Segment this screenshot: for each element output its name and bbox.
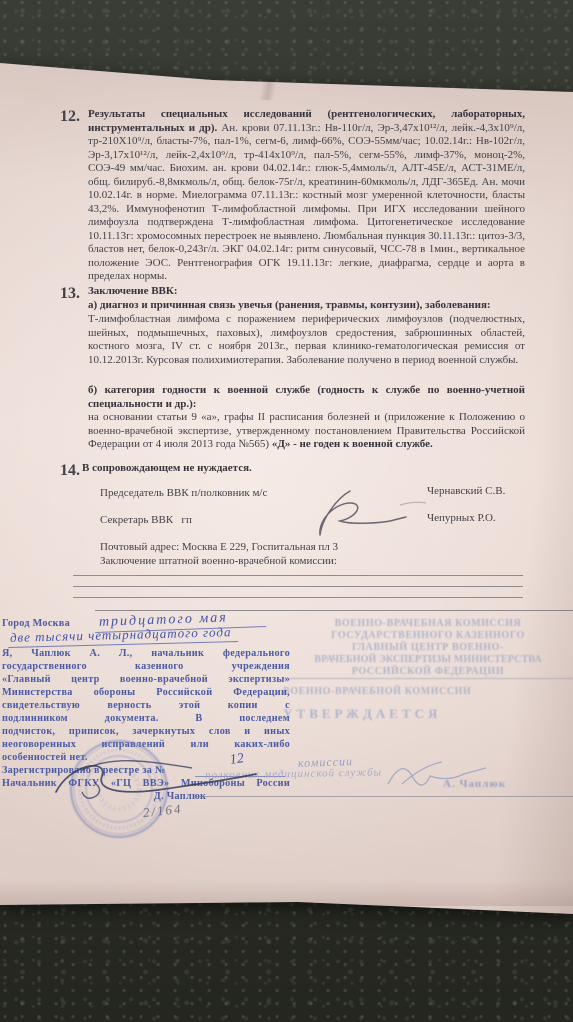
- item-number: 14.: [60, 462, 82, 480]
- fitness-text: на основании статьи 9 «а», графы II расп…: [88, 411, 525, 452]
- paper-shadow-wrap: 12. Результаты специальных исследований …: [0, 0, 573, 1022]
- conclusion-title: Заключение ВВК:: [88, 285, 178, 297]
- faded-commission-line: ВОЕННО-ВРАЧЕБНОЙ КОМИССИИ: [283, 686, 573, 697]
- conclusion-label: Заключение штатной военно-врачебной коми…: [100, 555, 337, 567]
- faded-commission-stamp: ВОЕННО-ВРАЧЕБНАЯ КОМИССИЯ ГОСУДАРСТВЕННО…: [283, 616, 573, 736]
- escort-text: В сопровождающем не нуждается.: [82, 462, 252, 474]
- chairman-name: Чернавский С.В.: [427, 485, 505, 497]
- results-paragraph: Результаты специальных исследований (рен…: [88, 108, 525, 284]
- faded-stamp-line: ГОСУДАРСТВЕННОГО КАЗЕННОГО: [283, 630, 573, 641]
- paper-crease: [180, 60, 360, 100]
- faded-signature: [380, 752, 500, 797]
- chairman-label: Председатель ВВК п/полковник м/с: [100, 487, 267, 499]
- ruled-line: [95, 610, 573, 611]
- paper-crease: [0, 880, 573, 906]
- diagnosis-text: Т-лимфобластная лимфома с поражением пер…: [88, 313, 525, 367]
- stamp-line: Я, Чаплюк А. Л., начальник федерального: [2, 648, 290, 659]
- postal-address: Почтовый адрес: Москва Е 229, Госпитальн…: [100, 541, 338, 553]
- stamp-line: подчисток, приписок, зачеркнутых слов и …: [2, 726, 290, 737]
- item-number: 13.: [60, 285, 88, 303]
- city-label: Город Москва: [2, 618, 70, 629]
- section-results: 12. Результаты специальных исследований …: [60, 108, 525, 284]
- stamp-line: Министерства обороны Российской Федераци…: [2, 687, 290, 698]
- item-number: 12.: [60, 108, 88, 284]
- stamp-line: подлинником документа. В последнем: [2, 713, 290, 724]
- fitness-heading: б) категория годности к военной службе (…: [88, 384, 525, 411]
- faded-approve-line: УТВЕРЖДАЕТСЯ: [283, 706, 573, 722]
- ruled-line: [73, 597, 523, 598]
- chief-ink-signature: [42, 752, 272, 807]
- stamp-line: «Главный центр военно-врачебной эксперти…: [2, 674, 290, 685]
- faded-stamp-line: ВОЕННО-ВРАЧЕБНАЯ КОМИССИЯ: [283, 618, 573, 629]
- faded-stamp-line: ВРАЧЕБНОЙ ЭКСПЕРТИЗЫ МИНИСТЕРСТВА: [283, 654, 573, 665]
- secretary-signature: [288, 485, 438, 545]
- ruled-line: [73, 586, 523, 587]
- diagnosis-heading: а) диагноз и причинная связь увечья (ран…: [88, 299, 525, 313]
- faded-stamp-line: ГЛАВНЫЙ ЦЕНТР ВОЕННО-: [283, 642, 573, 653]
- stamp-line: свидетельствую верность этой копии с: [2, 700, 290, 711]
- photo-scene: 12. Результаты специальных исследований …: [0, 0, 573, 1022]
- faded-stamp-line: РОССИЙСКОЙ ФЕДЕРАЦИИ: [283, 666, 573, 677]
- ruled-line: [73, 575, 523, 576]
- fitness-category: «Д» - не годен к военной службе.: [272, 438, 433, 450]
- section-escort: 14. В сопровождающем не нуждается.: [60, 462, 525, 480]
- results-body: Ан. крови 07.11.13г.: Нв-110г/л, Эр-3,47…: [88, 122, 525, 283]
- stamp-line: государственного казенного учреждения: [2, 661, 290, 672]
- faded-stamp-divider: [283, 678, 573, 679]
- secretary-label: Секретарь ВВК гп: [100, 514, 192, 526]
- document-paper: 12. Результаты специальных исследований …: [0, 0, 573, 1022]
